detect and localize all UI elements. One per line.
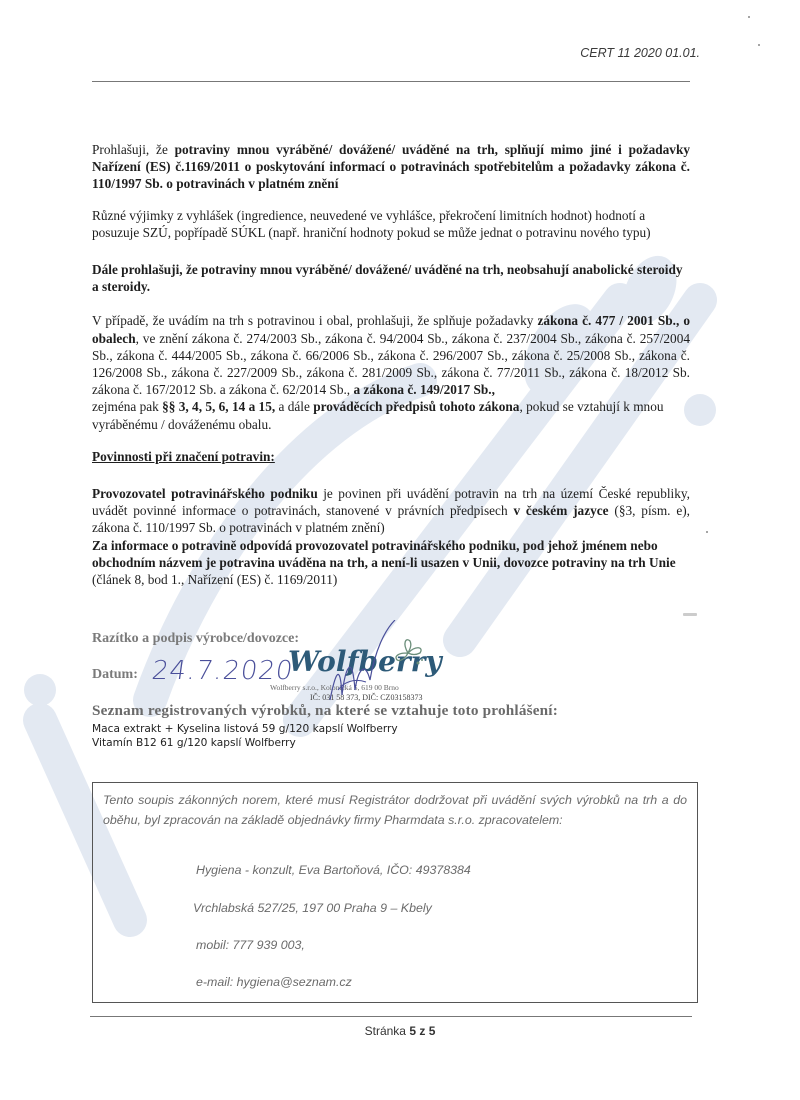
header-divider (92, 81, 690, 82)
list-item: Vitamín B12 61 g/120 kapslí Wolfberry (92, 736, 398, 750)
section-heading-labeling: Povinnosti při značení potravin: (92, 448, 690, 465)
compiler-address: Vrchlabská 527/25, 197 00 Praha 9 – Kbel… (193, 901, 432, 915)
scan-speck (683, 613, 697, 616)
document-code: CERT 11 2020 01.01. (580, 46, 700, 60)
scan-speck (758, 44, 760, 46)
steroids-paragraph: Dále prohlašuji, že potraviny mnou vyráb… (92, 261, 690, 295)
info-intro: Tento soupis zákonných norem, které musí… (103, 791, 687, 830)
packaging-paragraph-sections: zejména pak §§ 3, 4, 5, 6, 14 a 15, a dá… (92, 398, 690, 432)
page-number: Stránka 5 z 5 (0, 1024, 800, 1038)
compiler-info-box: Tento soupis zákonných norem, které musí… (92, 782, 698, 1003)
declaration-paragraph-regulation: Prohlašuji, že potraviny mnou vyráběné/ … (92, 141, 690, 193)
stamp-signature-label: Razítko a podpis výrobce/dovozce: (92, 631, 299, 647)
operator-obligation-paragraph: Provozovatel potravinářského podniku je … (92, 485, 690, 537)
products-list: Maca extrakt + Kyselina listová 59 g/120… (92, 722, 398, 750)
compiler-company: Hygiena - konzult, Eva Bartoňová, IČO: 4… (196, 863, 471, 877)
compiler-mobile: mobil: 777 939 003, (196, 938, 305, 952)
responsibility-paragraph: Za informace o potravině odpovídá provoz… (92, 537, 690, 589)
exceptions-paragraph: Různé výjimky z vyhlášek (ingredience, n… (92, 207, 690, 241)
compiler-email: e-mail: hygiena@seznam.cz (196, 975, 352, 989)
scan-speck (706, 531, 708, 533)
packaging-paragraph: V případě, že uvádím na trh s potravinou… (92, 312, 690, 398)
list-item: Maca extrakt + Kyselina listová 59 g/120… (92, 722, 398, 736)
scan-speck (748, 16, 750, 18)
date-label: Datum: (92, 667, 138, 683)
declaration-body: Prohlašuji, že potraviny mnou vyráběné/ … (92, 141, 690, 588)
products-list-title: Seznam registrovaných výrobků, na které … (92, 702, 558, 720)
document-page: CERT 11 2020 01.01. Prohlašuji, že potra… (0, 0, 800, 1100)
footer-divider (90, 1016, 692, 1017)
